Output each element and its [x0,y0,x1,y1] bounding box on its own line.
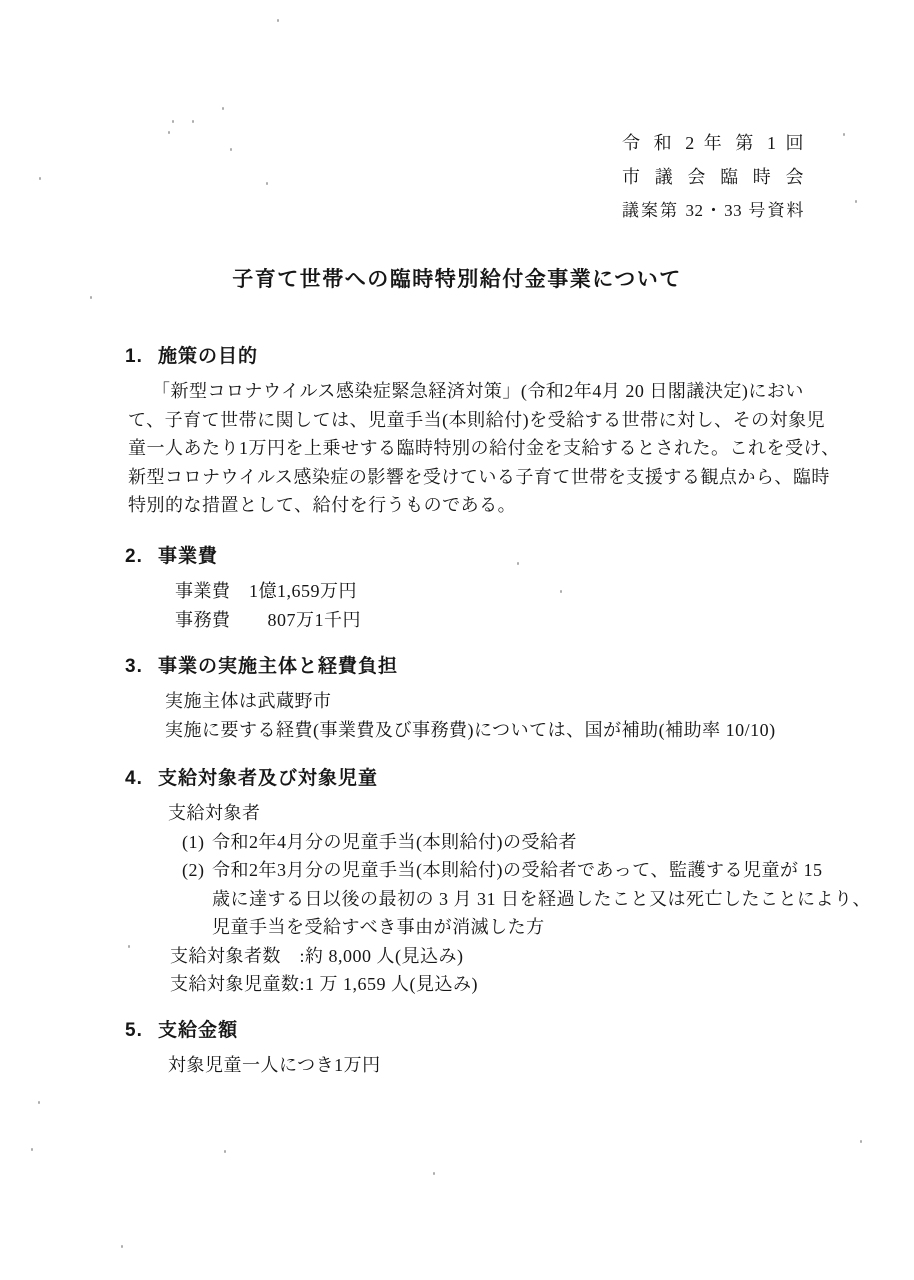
payment-amount-line: 対象児童一人につき1万円 [168,1051,845,1080]
item-line: 児童手当を受給すべき事由が消滅した方 [212,913,871,942]
implementing-body-lines: 実施主体は武蔵野市 実施に要する経費(事業費及び事務費)については、国が補助(補… [165,687,845,744]
scan-speck [39,177,41,180]
scan-speck [121,1245,123,1248]
header-assembly-line: 市 議 会 臨 時 会 [622,160,804,194]
section-heading-text: 支給金額 [158,1020,238,1042]
purpose-paragraph: 「新型コロナウイルス感染症緊急経済対策」(令和2年4月 20 日閣議決定)におい… [128,377,845,520]
section-project-cost: 2. 事業費 事業費 1億1,659万円 事務費 807万1千円 [125,546,845,634]
paragraph-line: 特別的な措置として、給付を行うものである。 [128,491,845,520]
stat-recipient-count: 支給対象者数 :約 8,000 人(見込み) [170,942,845,971]
section-eligible-recipients: 4. 支給対象者及び対象児童 支給対象者 (1) 令和2年4月分の児童手当(本則… [125,768,845,999]
item-line: 令和2年4月分の児童手当(本則給付)の受給者 [212,832,577,852]
item-marker: (2) [182,856,212,942]
section-payment-amount: 5. 支給金額 対象児童一人につき1万円 [125,1020,845,1080]
eligibility-body: 支給対象者 (1) 令和2年4月分の児童手当(本則給付)の受給者 (2) 令和2… [125,799,845,999]
scan-speck [230,148,232,151]
header-bill-reference: 議案第 32・33 号資料 [622,194,804,228]
section-heading-text: 施策の目的 [158,346,258,368]
section-number: 4. [125,768,158,790]
cost-lines: 事業費 1億1,659万円 事務費 807万1千円 [175,577,845,634]
scan-speck [90,296,92,299]
recipients-intro: 支給対象者 [168,799,845,828]
scan-speck [224,1150,226,1153]
item-text: 令和2年3月分の児童手当(本則給付)の受給者であって、監護する児童が 15 歳に… [212,856,871,942]
item-text: 令和2年4月分の児童手当(本則給付)の受給者 [212,828,845,857]
section-heading: 1. 施策の目的 [125,346,845,368]
section-number: 3. [125,656,158,678]
item-marker: (1) [182,828,212,857]
scan-speck [855,200,857,203]
section-number: 2. [125,546,158,568]
section-heading: 2. 事業費 [125,546,845,568]
cost-line-project: 事業費 1億1,659万円 [175,577,845,606]
section-heading-text: 支給対象者及び対象児童 [158,768,378,790]
section-heading-text: 事業費 [158,546,218,568]
paragraph-line: 「新型コロナウイルス感染症緊急経済対策」(令和2年4月 20 日閣議決定)におい [128,377,845,406]
scanned-document-page: 令 和 2 年 第 1 回 市 議 会 臨 時 会 議案第 32・33 号資料 … [0,0,914,1280]
scan-speck [172,120,174,123]
paragraph-line: 童一人あたり1万円を上乗せする臨時特別の給付金を支給するとされた。これを受け、 [128,434,845,463]
section-number: 5. [125,1020,158,1042]
item-line: 令和2年3月分の児童手当(本則給付)の受給者であって、監護する児童が 15 [212,856,871,885]
section-heading: 3. 事業の実施主体と経費負担 [125,656,845,678]
section-number: 1. [125,346,158,368]
item-line: 歳に達する日以後の最初の 3 月 31 日を経過したこと又は死亡したことにより、 [212,885,871,914]
document-header: 令 和 2 年 第 1 回 市 議 会 臨 時 会 議案第 32・33 号資料 [622,126,804,228]
scan-speck [860,1140,862,1143]
stat-child-count: 支給対象児童数:1 万 1,659 人(見込み) [170,970,845,999]
scan-speck [843,133,845,136]
scan-speck [277,19,279,22]
subsidy-line: 実施に要する経費(事業費及び事務費)については、国が補助(補助率 10/10) [165,716,845,745]
recipient-item-1: (1) 令和2年4月分の児童手当(本則給付)の受給者 [182,828,845,857]
scan-speck [168,131,170,134]
section-heading: 4. 支給対象者及び対象児童 [125,768,845,790]
section-heading: 5. 支給金額 [125,1020,845,1042]
cost-line-admin: 事務費 807万1千円 [175,606,845,635]
paragraph-line: 新型コロナウイルス感染症の影響を受けている子育て世帯を支援する観点から、臨時 [128,463,845,492]
section-implementing-body: 3. 事業の実施主体と経費負担 実施主体は武蔵野市 実施に要する経費(事業費及び… [125,656,845,744]
document-title: 子育て世帯への臨時特別給付金事業について [0,263,914,293]
paragraph-line: て、子育て世帯に関しては、児童手当(本則給付)を受給する世帯に対し、その対象児 [128,406,845,435]
header-session-line: 令 和 2 年 第 1 回 [622,126,804,160]
implementing-body-line: 実施主体は武蔵野市 [165,687,845,716]
section-purpose: 1. 施策の目的 「新型コロナウイルス感染症緊急経済対策」(令和2年4月 20 … [125,346,845,520]
scan-speck [38,1101,40,1104]
section-heading-text: 事業の実施主体と経費負担 [158,656,398,678]
payment-amount-body: 対象児童一人につき1万円 [168,1051,845,1080]
scan-speck [266,182,268,185]
recipient-stats: 支給対象者数 :約 8,000 人(見込み) 支給対象児童数:1 万 1,659… [170,942,845,999]
scan-speck [31,1148,33,1151]
scan-speck [222,107,224,110]
scan-speck [433,1172,435,1175]
scan-speck [192,120,194,123]
recipient-item-2: (2) 令和2年3月分の児童手当(本則給付)の受給者であって、監護する児童が 1… [182,856,845,942]
